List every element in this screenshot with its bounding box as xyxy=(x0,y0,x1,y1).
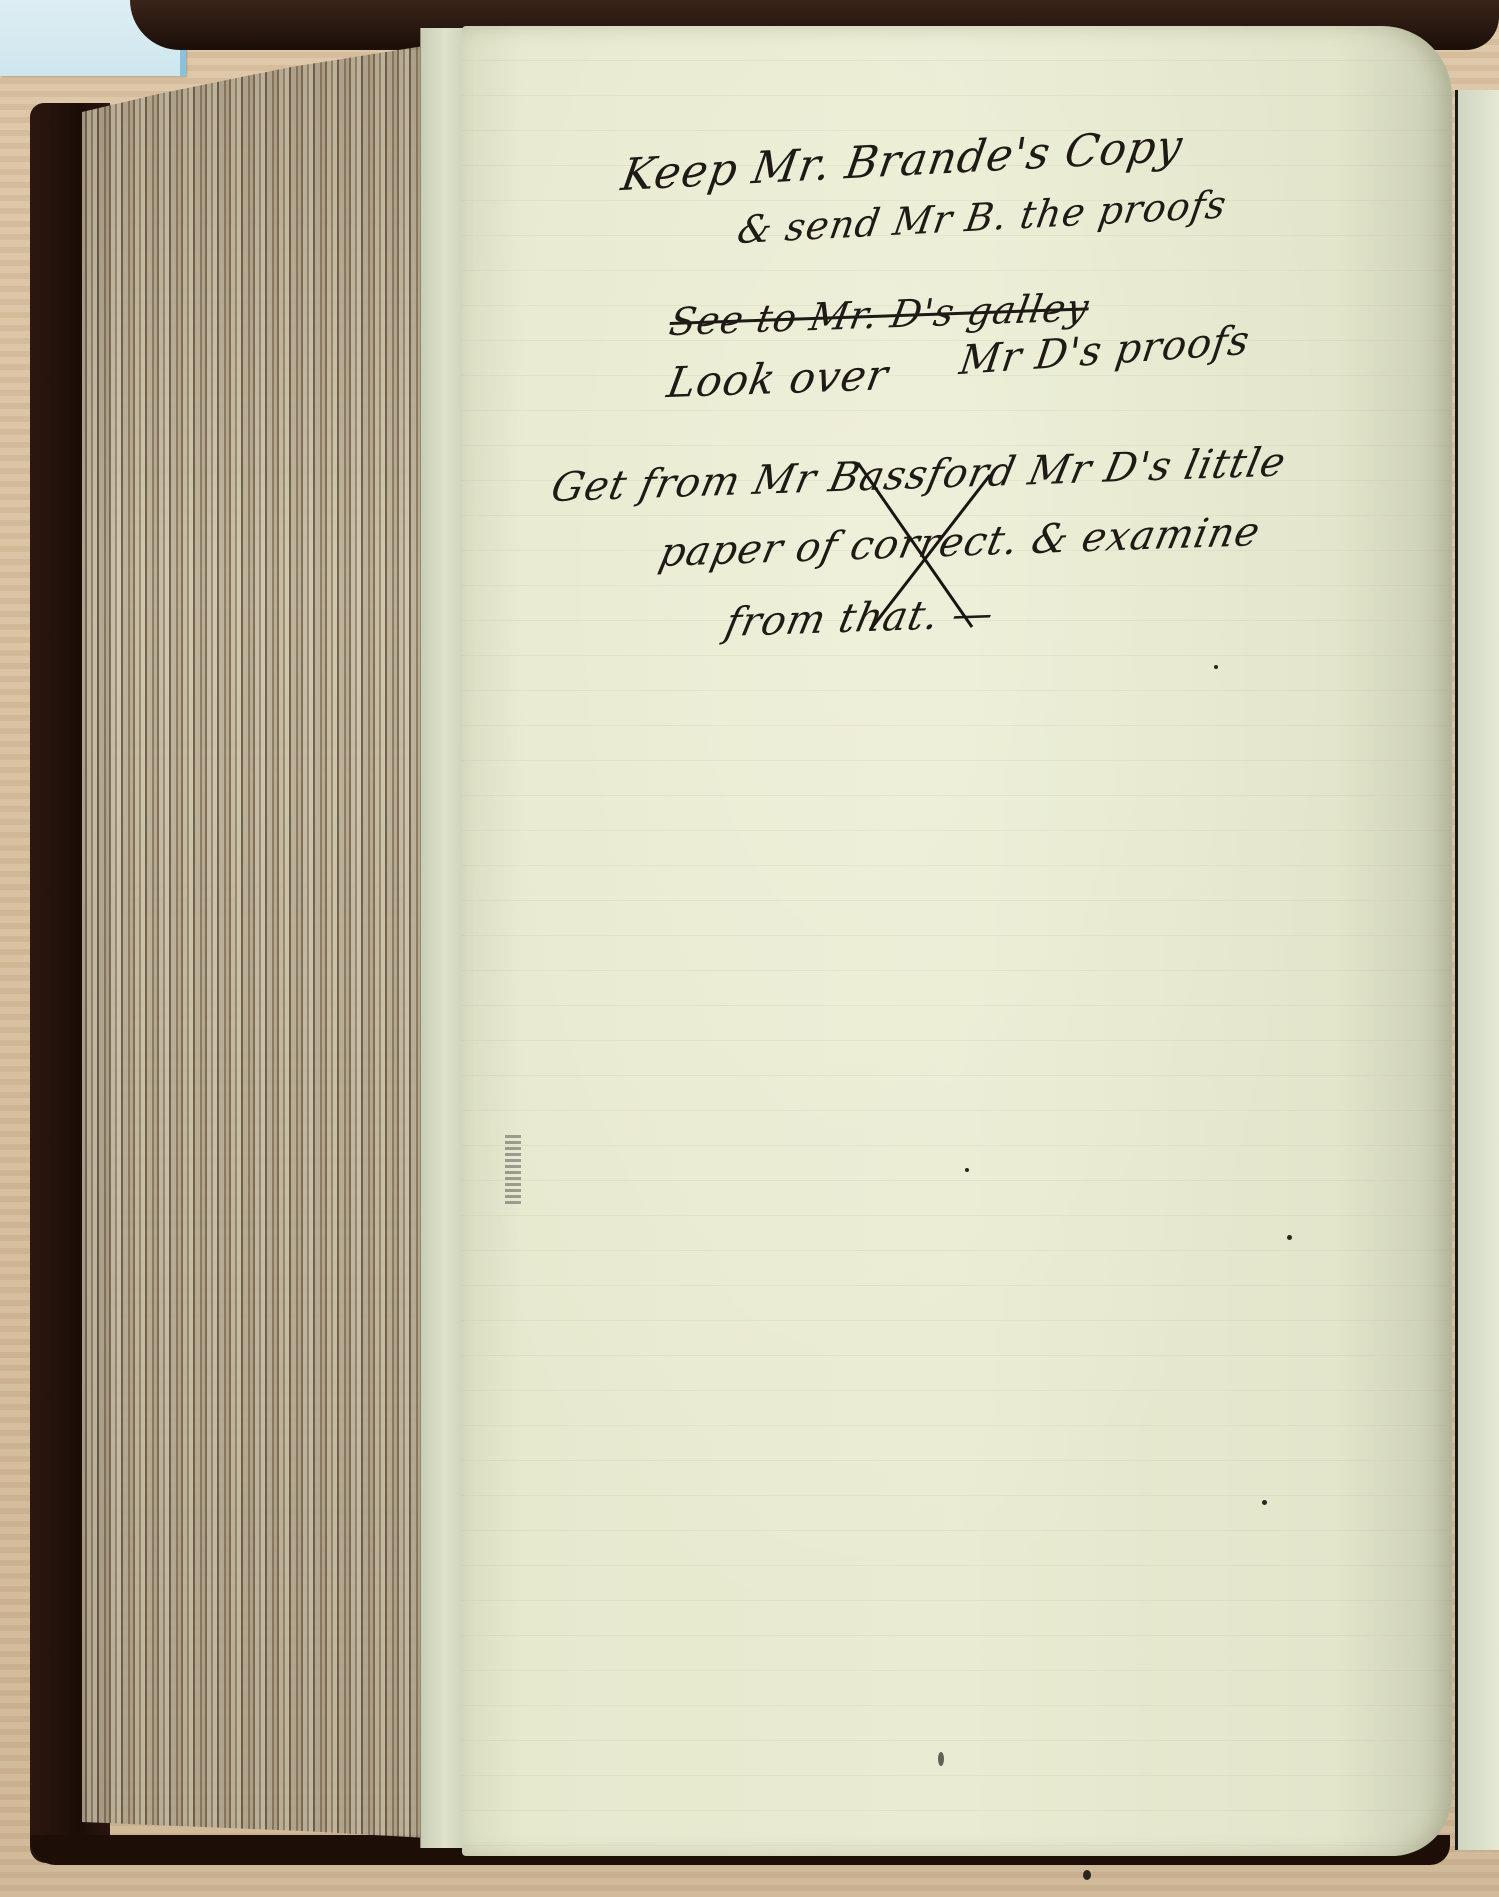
ink-speck xyxy=(1083,1870,1091,1880)
ink-speck xyxy=(1214,665,1218,669)
page-edges-stack xyxy=(82,40,462,1840)
ink-speck xyxy=(1262,1500,1267,1505)
cross-out-x-mark xyxy=(840,455,1000,635)
ink-speck xyxy=(965,1168,969,1172)
facing-page-edge xyxy=(1455,90,1499,1850)
ink-speck xyxy=(1287,1235,1292,1240)
ink-speck xyxy=(938,1752,944,1766)
ink-smudge xyxy=(505,1135,521,1205)
note-line-look-over: Look over xyxy=(664,350,893,407)
